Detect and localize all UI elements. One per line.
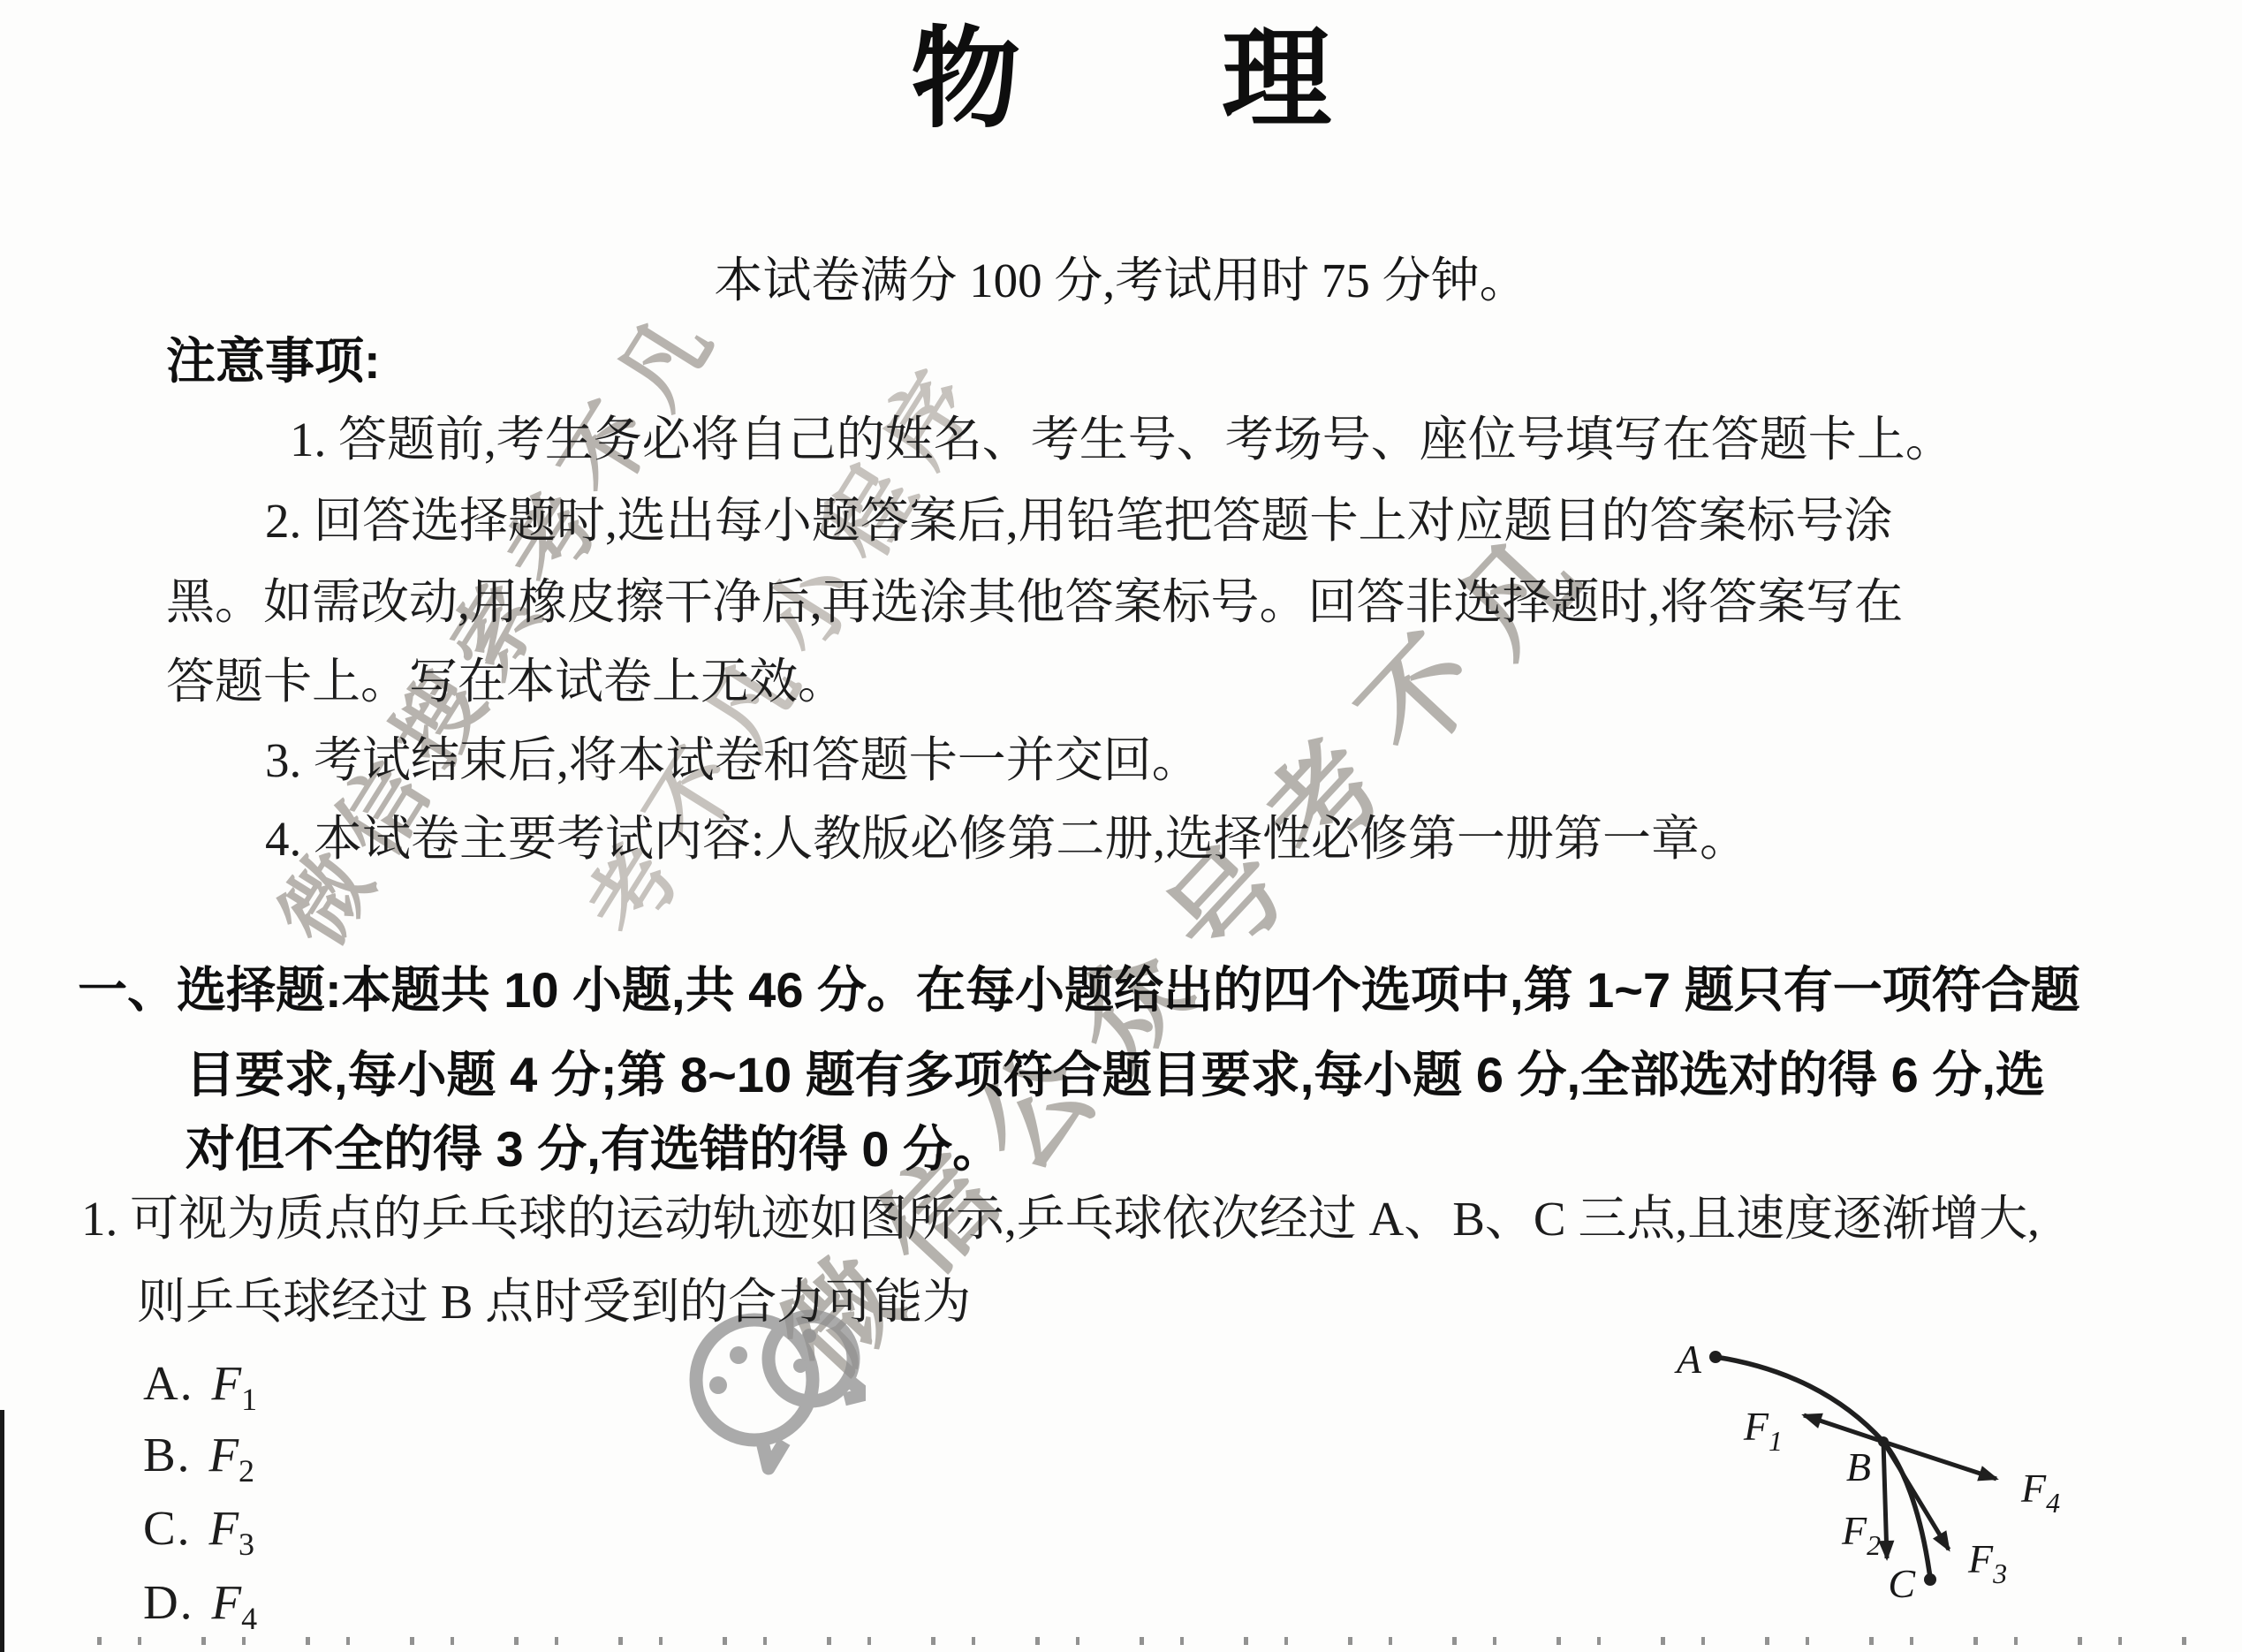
force-f4-label: F4 [2020,1466,2060,1519]
wechat-logo-left-tail [761,1438,784,1468]
exam-paper-page: 微信搜索考不凡 考不凡小程序 微信公众号考不凡 物 理 本试卷满分 100 分,… [0,0,2242,1652]
point-a-label: A [1674,1337,1702,1382]
question1-line-1: 1. 可视为质点的乒乓球的运动轨迹如图所示,乒乓球依次经过 A、B、C 三点,且… [81,1189,2040,1250]
notice-line-3: 黑。如需改动,用橡皮擦干净后,再选涂其他答案标号。回答非选择题时,将答案写在 [166,572,1903,633]
question1-option-a: A.F1 [143,1353,257,1414]
page-title-char-left: 物 [911,18,1020,144]
force-f1-label: F1 [1743,1404,1783,1457]
option-b-key: B. [143,1428,191,1481]
point-c-label: C [1888,1561,1916,1606]
notice-line-5: 3. 考试结束后,将本试卷和答题卡一并交回。 [265,731,1201,792]
wechat-logo-left-bubble [696,1320,813,1440]
force-f2-label: F2 [1841,1508,1881,1561]
question1-line-2: 则乒乓球经过 B 点时受到的合力可能为 [137,1272,971,1333]
question1-option-b: B.F2 [143,1425,254,1486]
wechat-logo-right-tail [845,1380,866,1399]
notice-line-1: 1. 答题前,考生务必将自己的姓名、考生号、考场号、座位号填写在答题卡上。 [290,410,1954,471]
option-d-force-subscript: 4 [241,1601,257,1636]
force-f3-label: F3 [1967,1536,2007,1589]
notice-heading: 注意事项: [166,330,381,392]
section1-line-3: 对但不全的得 3 分,有选错的得 0 分。 [186,1118,1002,1180]
option-c-key: C. [143,1501,191,1555]
notice-line-4: 答题卡上。写在本试卷上无效。 [166,652,846,713]
option-d-key: D. [143,1575,193,1629]
force-f2-arrow [1883,1442,1887,1558]
option-a-key: A. [143,1356,193,1410]
notice-line-2: 2. 回答选择题时,选出每小题答案后,用铅笔把答题卡上对应题目的答案标号涂 [265,491,1893,552]
question1-option-d: D.F4 [143,1572,257,1633]
option-c-force-symbol: F [208,1501,239,1555]
question1-trajectory-figure: A B C F1 F2 F3 F4 [1661,1297,2242,1652]
wechat-logo-eyes [709,1329,816,1394]
option-d-force-symbol: F [211,1575,241,1629]
point-b-dot [1878,1436,1889,1447]
option-b-force-subscript: 2 [239,1453,254,1489]
section1-line-1: 一、选择题:本题共 10 小题,共 46 分。在每小题给出的四个选项中,第 1~… [78,959,2080,1021]
exam-subtitle: 本试卷满分 100 分,考试用时 75 分钟。 [0,249,2242,313]
section1-line-2: 目要求,每小题 4 分;第 8~10 题有多项符合题目要求,每小题 6 分,全部… [186,1044,2045,1106]
question1-option-c: C.F3 [143,1498,254,1559]
scan-edge-line [0,1410,4,1652]
option-a-force-subscript: 1 [241,1382,257,1417]
page-title-char-right: 理 [1222,18,1331,144]
option-b-force-symbol: F [208,1428,239,1481]
notice-line-6: 4. 本试卷主要考试内容:人教版必修第二册,选择性必修第一册第一章。 [265,809,1748,870]
page-title: 物 理 [0,18,2242,144]
option-c-force-subscript: 3 [239,1527,254,1562]
option-a-force-symbol: F [211,1356,241,1410]
point-b-label: B [1846,1444,1871,1489]
point-a-dot [1709,1351,1722,1363]
point-c-dot [1924,1573,1936,1586]
